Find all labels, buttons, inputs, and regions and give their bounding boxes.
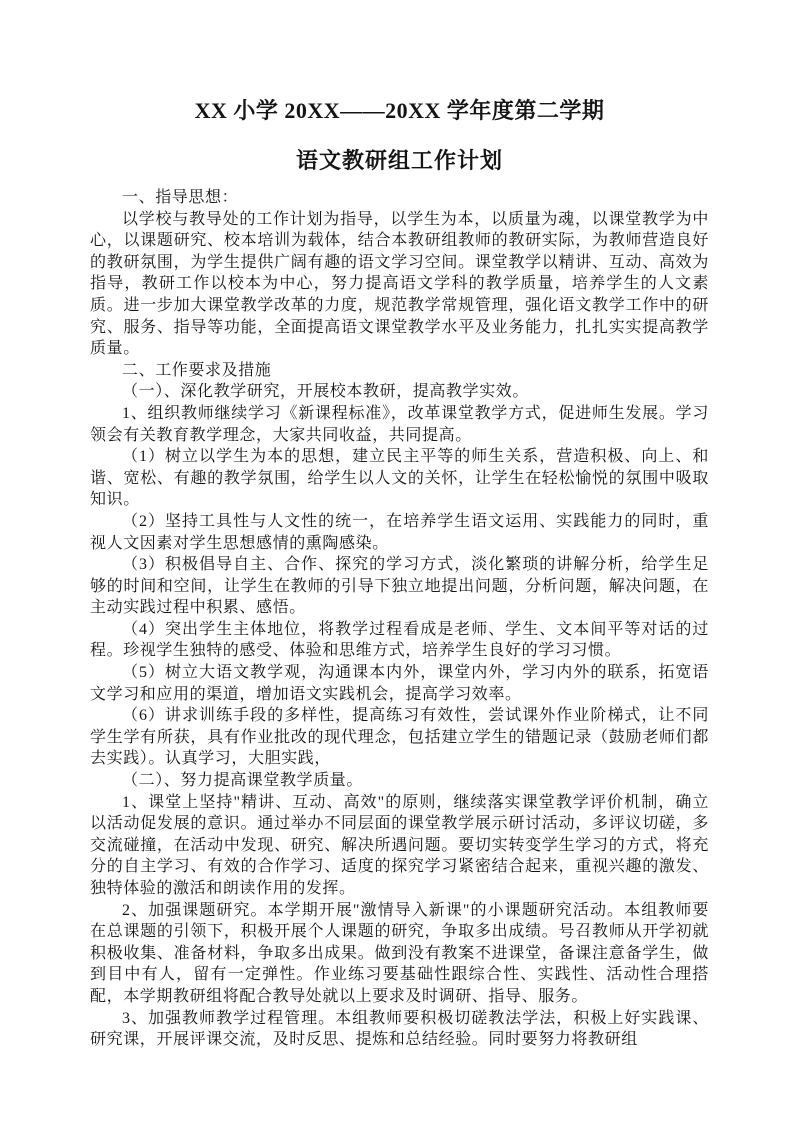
paragraph: （3）积极倡导自主、合作、探究的学习方式，淡化繁琐的讲解分析，给学生足够的时间和… [90, 554, 709, 619]
paragraph: 2、加强课题研究。本学期开展"激情导入新课"的小课题研究活动。本组教师要在总课题… [90, 900, 709, 1008]
paragraph-heading-2: 二、工作要求及措施 [90, 360, 709, 382]
document-title-line2: 语文教研组工作计划 [90, 146, 709, 176]
paragraph-heading-1: 一、指导思想： [90, 187, 709, 209]
document-body: 一、指导思想： 以学校与教导处的工作计划为指导，以学生为本，以质量为魂，以课堂教… [90, 187, 709, 1051]
document-title-line1: XX 小学 20XX——20XX 学年度第二学期 [90, 96, 709, 126]
paragraph-subheading: （一）、深化教学研究，开展校本教研，提高教学实效。 [90, 381, 709, 403]
paragraph: （5）树立大语文教学观，沟通课本内外，课堂内外，学习内外的联系，拓宽语文学习和应… [90, 662, 709, 705]
paragraph: （6）讲求训练手段的多样性，提高练习有效性，尝试课外作业阶梯式，让不同学生学有所… [90, 705, 709, 770]
paragraph: （4）突出学生主体地位，将教学过程看成是老师、学生、文本间平等对话的过程。珍视学… [90, 619, 709, 662]
document-page: XX 小学 20XX——20XX 学年度第二学期 语文教研组工作计划 一、指导思… [0, 0, 793, 1122]
paragraph: 3、加强教师教学过程管理。本组教师要积极切磋教法学法，积极上好实践课、研究课，开… [90, 1008, 709, 1051]
paragraph: （1）树立以学生为本的思想，建立民主平等的师生关系，营造积极、向上、和谐、宽松、… [90, 446, 709, 511]
paragraph: 1、课堂上坚持"精讲、互动、高效"的原则，继续落实课堂教学评价机制，确立以活动促… [90, 792, 709, 900]
document-content: XX 小学 20XX——20XX 学年度第二学期 语文教研组工作计划 一、指导思… [0, 0, 793, 1051]
paragraph-subheading: （二）、努力提高课堂教学质量。 [90, 770, 709, 792]
paragraph: 1、组织教师继续学习《新课程标准》，改革课堂教学方式，促进师生发展。学习领会有关… [90, 403, 709, 446]
paragraph: 以学校与教导处的工作计划为指导，以学生为本，以质量为魂，以课堂教学为中心，以课题… [90, 209, 709, 360]
paragraph: （2）坚持工具性与人文性的统一，在培养学生语文运用、实践能力的同时，重视人文因素… [90, 511, 709, 554]
